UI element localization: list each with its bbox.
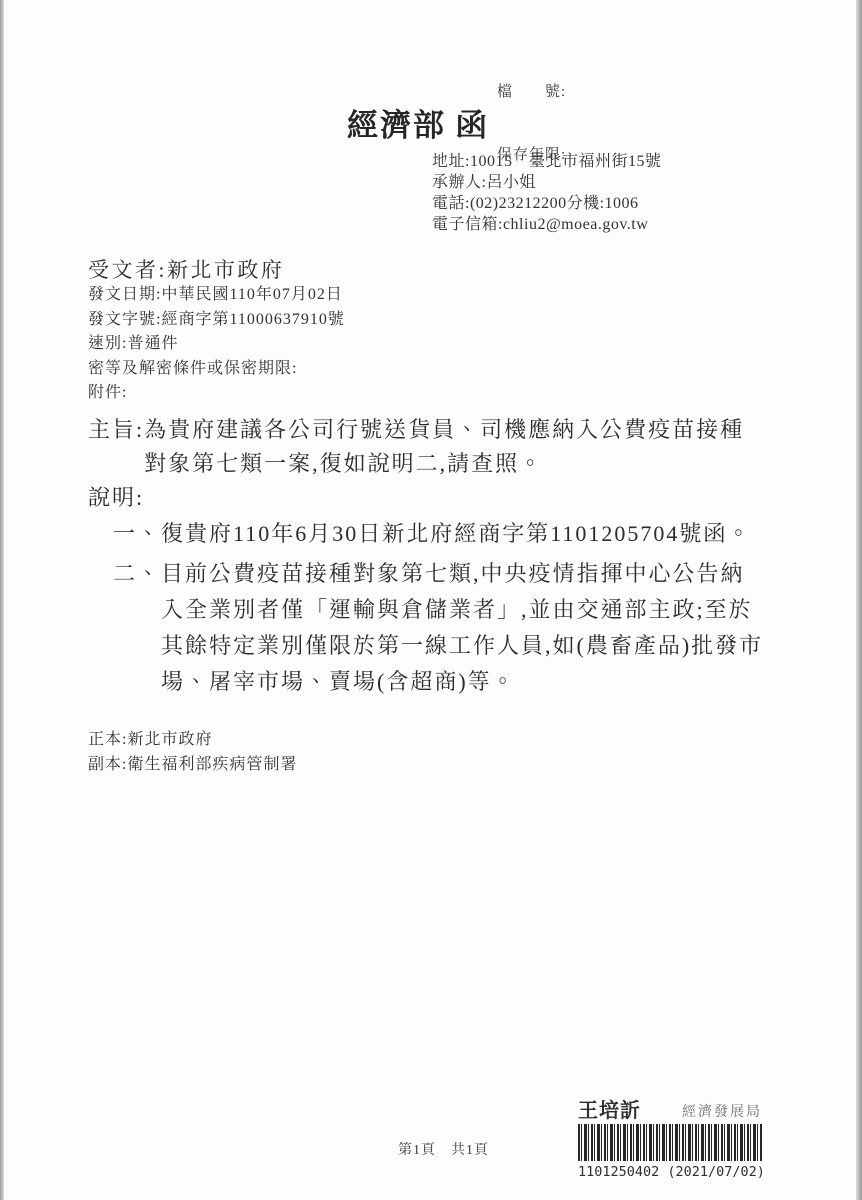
official-letter-scan: 檔 號: 保存年限: 經濟部 函 地址:10015 臺北市福州街15號 承辦人:…: [0, 0, 862, 1200]
subject-label: 主旨:: [88, 413, 144, 447]
recipient-line: 受文者:新北市政府: [88, 254, 284, 284]
document-title: 經濟部 函: [347, 100, 489, 145]
dispatch-date: 發文日期:中華民國110年07月02日: [88, 283, 345, 308]
dispatch-stamp: 王培訢 經濟發展局 1101250402 (2021/07/02): [578, 1094, 762, 1180]
dispatch-doc-number: 發文字號:經商字第11000637910號: [88, 308, 345, 333]
distribution-section: 正本:新北市政府 副本:衛生福利部疾病管制署: [88, 727, 297, 777]
dispatch-meta: 發文日期:中華民國110年07月02日 發文字號:經商字第11000637910…: [88, 283, 345, 406]
scan-edge-right: [856, 0, 862, 1200]
explanation-label: 說明:: [88, 481, 144, 512]
list-item-text: 復貴府110年6月30日新北府經商字第1101205704號函。: [161, 516, 765, 552]
barcode-serial: 1101250402 (2021/07/02): [578, 1164, 762, 1180]
scan-edge-left: [0, 0, 4, 1200]
stamp-header: 王培訢 經濟發展局: [578, 1094, 762, 1123]
list-item: 一、 復貴府110年6月30日新北府經商字第1101205704號函。: [113, 516, 765, 552]
sender-email: 電子信箱:chliu2@moea.gov.tw: [432, 214, 661, 235]
subject-text: 為貴府建議各公司行號送貨員、司機應納入公費疫苗接種對象第七類一案,復如說明二,請…: [144, 413, 748, 480]
list-item-marker: 一、: [113, 516, 161, 552]
distribution-original: 正本:新北市政府: [88, 727, 297, 752]
archive-file-no-label: 檔 號:: [497, 82, 566, 103]
bureau-name: 經濟發展局: [682, 1101, 762, 1123]
signer-name: 王培訢: [578, 1094, 641, 1123]
barcode: [578, 1124, 762, 1161]
sender-phone: 電話:(02)23212200分機:1006: [432, 193, 661, 214]
subject-section: 主旨: 為貴府建議各公司行號送貨員、司機應納入公費疫苗接種對象第七類一案,復如說…: [88, 413, 748, 480]
list-item: 二、 目前公費疫苗接種對象第七類,中央疫情指揮中心公告納入全業別者僅「運輸與倉儲…: [113, 556, 765, 700]
dispatch-priority: 速別:普通件: [88, 332, 345, 357]
sender-contact-info: 地址:10015 臺北市福州街15號 承辦人:呂小姐 電話:(02)232122…: [432, 151, 661, 235]
list-item-text: 目前公費疫苗接種對象第七類,中央疫情指揮中心公告納入全業別者僅「運輸與倉儲業者」…: [161, 556, 765, 700]
sender-contact-person: 承辦人:呂小姐: [432, 172, 661, 193]
page-number: 第1頁 共1頁: [398, 1139, 489, 1159]
list-item-marker: 二、: [113, 556, 161, 592]
distribution-copy: 副本:衛生福利部疾病管制署: [88, 752, 297, 777]
sender-address: 地址:10015 臺北市福州街15號: [432, 151, 661, 172]
dispatch-attachment: 附件:: [88, 381, 345, 406]
explanation-items: 一、 復貴府110年6月30日新北府經商字第1101205704號函。 二、 目…: [113, 516, 765, 700]
dispatch-security: 密等及解密條件或保密期限:: [88, 357, 345, 382]
